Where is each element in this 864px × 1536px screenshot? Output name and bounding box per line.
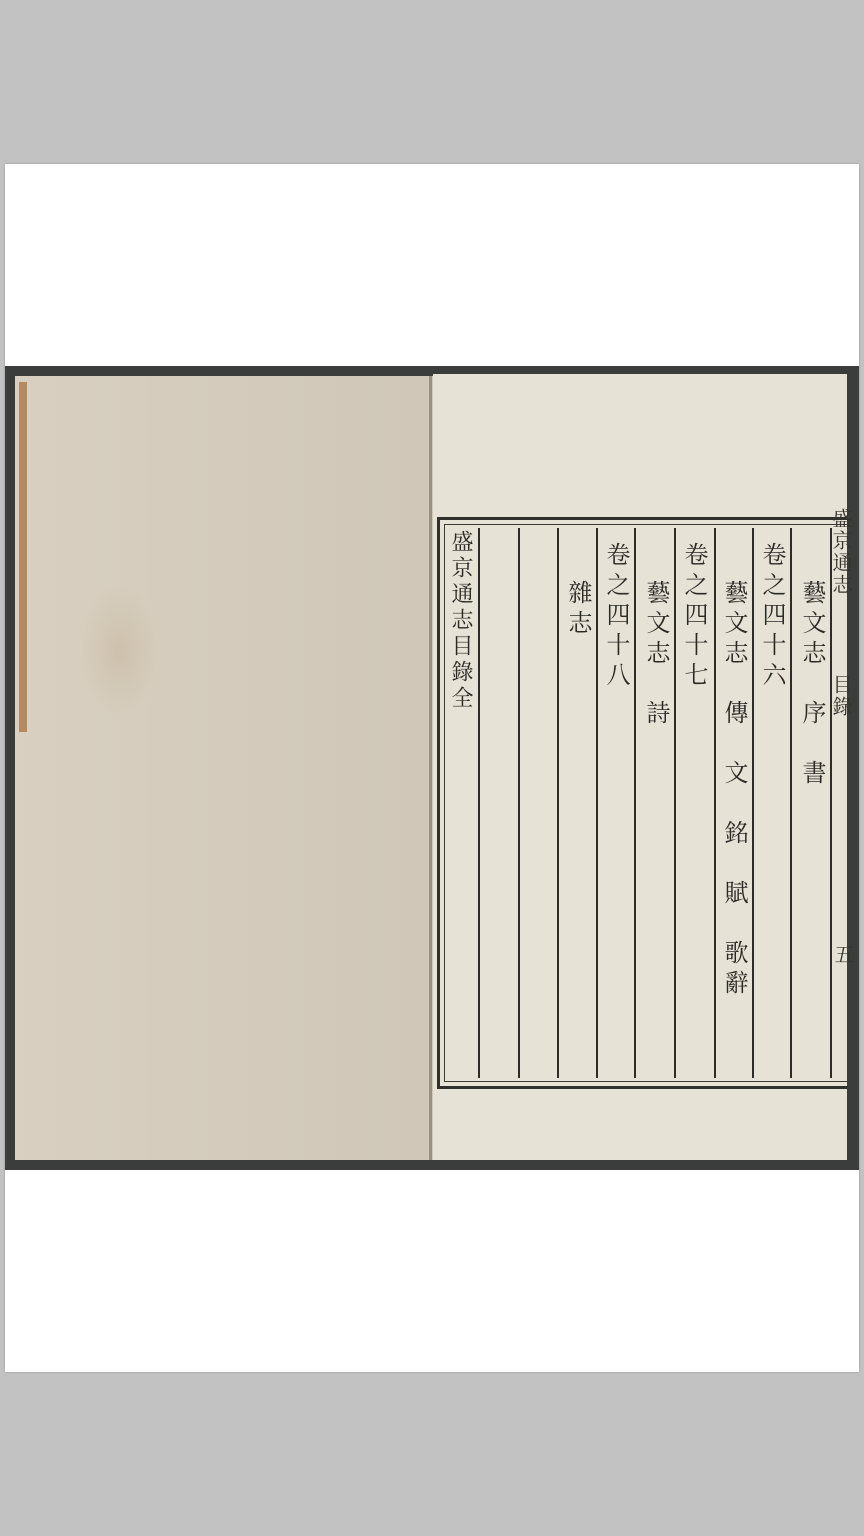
book-spine (429, 376, 432, 1160)
column-rule (478, 528, 480, 1078)
toc-entry-miscellany: 雜志 (560, 580, 596, 640)
toc-entry-arts-preface: 藝文志 序 書 (794, 580, 830, 790)
page-number: 五 (829, 944, 858, 966)
toc-title-complete: 盛京通志目錄全 (442, 530, 478, 712)
book-scan-image: 藝文志 序 書 卷之四十六 藝文志 傳 文 銘 賦 歌辭 卷之四十七 藝文志 詩… (5, 366, 859, 1170)
table-of-contents-frame: 藝文志 序 書 卷之四十六 藝文志 傳 文 銘 賦 歌辭 卷之四十七 藝文志 詩… (437, 517, 847, 1089)
left-page-blank (15, 376, 433, 1160)
column-rule (830, 528, 832, 1078)
margin-book-title: 盛京通志 (827, 508, 856, 596)
column-rule (518, 528, 520, 1078)
toc-entry-arts-biography: 藝文志 傳 文 銘 賦 歌辭 (716, 580, 752, 1000)
toc-volume-46: 卷之四十六 (754, 542, 790, 692)
toc-entry-arts-poetry: 藝文志 詩 (638, 580, 674, 730)
right-page: 藝文志 序 書 卷之四十六 藝文志 傳 文 銘 賦 歌辭 卷之四十七 藝文志 詩… (433, 374, 847, 1160)
column-rule (557, 528, 559, 1078)
column-rule (634, 528, 636, 1078)
column-rule (790, 528, 792, 1078)
margin-section-label: 目錄 (827, 674, 856, 718)
toc-volume-47: 卷之四十七 (676, 542, 712, 692)
cover-edge (19, 382, 27, 732)
toc-volume-48: 卷之四十八 (598, 542, 634, 692)
